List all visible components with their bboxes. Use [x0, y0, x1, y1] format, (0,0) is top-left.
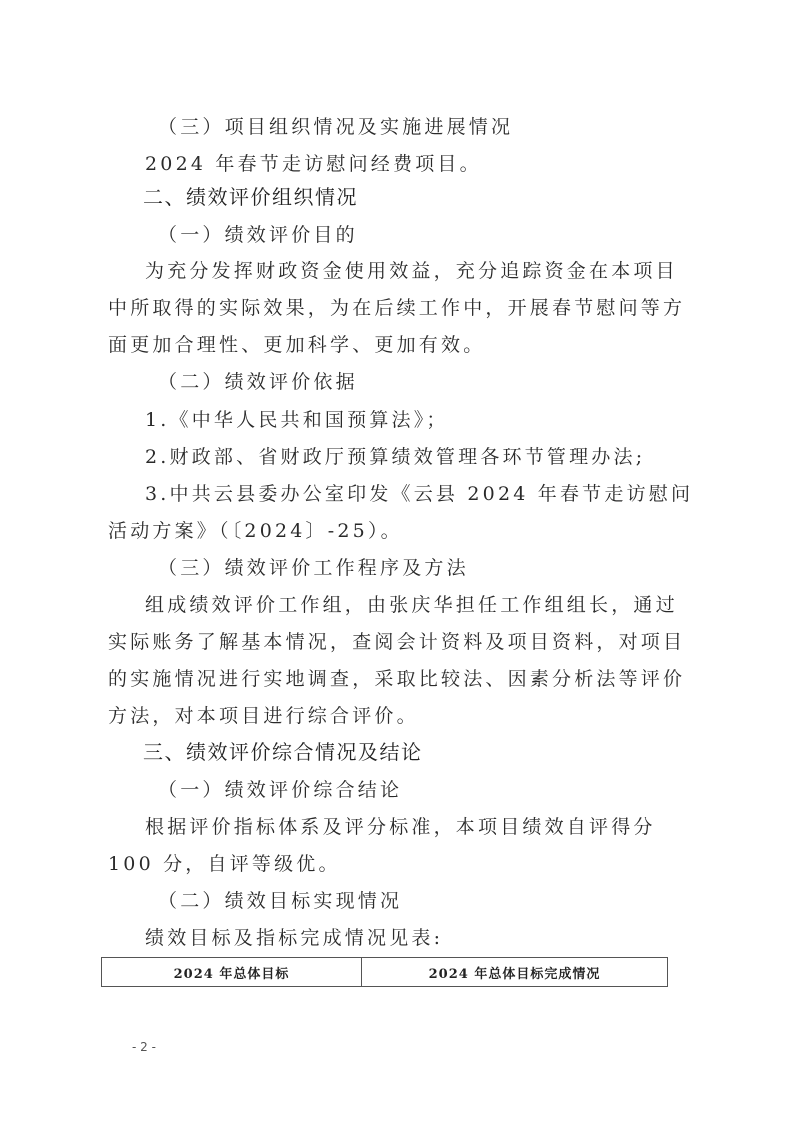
- subheading-target-achievement: （二）绩效目标实现情况: [158, 890, 402, 912]
- subheading-project-organization: （三）项目组织情况及实施进展情况: [158, 116, 513, 138]
- basis-item-2: 2.财政部、省财政厅预算绩效管理各环节管理办法;: [145, 446, 645, 468]
- targets-table: 2024 年总体目标 2024 年总体目标完成情况: [101, 957, 668, 987]
- subheading-evaluation-basis: （二）绩效评价依据: [158, 371, 358, 393]
- table-header-target-completion: 2024 年总体目标完成情况: [361, 958, 667, 986]
- paragraph-procedure-line-1: 组成绩效评价工作组，由张庆华担任工作组组长，通过: [145, 594, 678, 616]
- paragraph-procedure-line-4: 方法，对本项目进行综合评价。: [108, 705, 419, 727]
- paragraph-purpose-line-2: 中所取得的实际效果，为在后续工作中，开展春节慰问等方: [108, 297, 685, 319]
- heading-evaluation-conclusion: 三、绩效评价综合情况及结论: [143, 741, 423, 763]
- paragraph-conclusion-line-1: 根据评价指标体系及评分标准，本项目绩效自评得分: [145, 816, 656, 838]
- subheading-evaluation-purpose: （一）绩效评价目的: [158, 224, 358, 246]
- paragraph-project-name: 2024 年春节走访慰问经费项目。: [145, 153, 482, 175]
- paragraph-purpose-line-1: 为充分发挥财政资金使用效益，充分追踪资金在本项目: [145, 260, 678, 282]
- paragraph-table-intro: 绩效目标及指标完成情况见表:: [145, 927, 443, 949]
- page-number: - 2 -: [132, 1040, 156, 1054]
- paragraph-procedure-line-2: 实际账务了解基本情况，查阅会计资料及项目资料，对项目: [108, 631, 685, 653]
- basis-item-3-line-1: 3.中共云县委办公室印发《云县 2024 年春节走访慰问: [145, 483, 693, 505]
- basis-item-3-line-2: 活动方案》（〔2024〕-25）。: [108, 520, 403, 542]
- document-page: （三）项目组织情况及实施进展情况 2024 年春节走访慰问经费项目。 二、绩效评…: [0, 0, 793, 1122]
- subheading-overall-conclusion: （一）绩效评价综合结论: [158, 779, 402, 801]
- paragraph-purpose-line-3: 面更加合理性、更加科学、更加有效。: [108, 334, 485, 356]
- subheading-evaluation-procedure: （三）绩效评价工作程序及方法: [158, 557, 469, 579]
- paragraph-conclusion-line-2: 100 分，自评等级优。: [108, 853, 341, 875]
- heading-evaluation-organization: 二、绩效评价组织情况: [143, 186, 358, 208]
- table-header-overall-target: 2024 年总体目标: [102, 958, 361, 986]
- basis-item-1: 1.《中华人民共和国预算法》；: [145, 409, 449, 431]
- paragraph-procedure-line-3: 的实施情况进行实地调查，采取比较法、因素分析法等评价: [108, 668, 685, 690]
